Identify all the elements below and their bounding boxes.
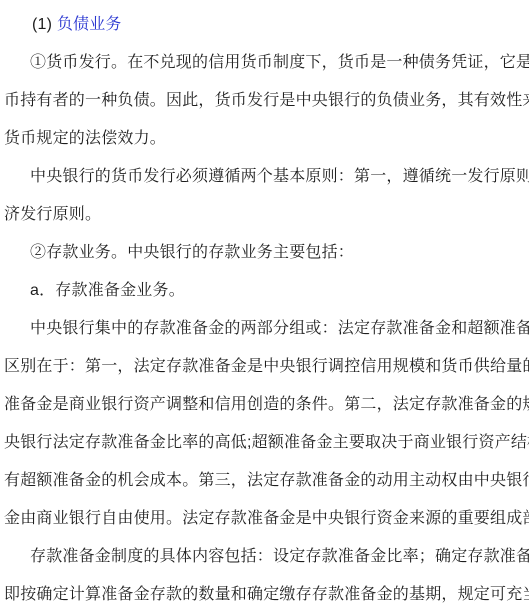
text-line: 即按确定计算准备金存款的数量和确定缴存存款准备金的基期，规定可充当法定存款准备金 <box>4 576 529 605</box>
text-line: 济发行原则。 <box>4 196 529 234</box>
section-heading: (1) 负债业务 <box>4 6 529 44</box>
text-line: 币持有者的一种负债。因此，货币发行是中央银行的负债业务，其有效性来自于国家对信用 <box>4 82 529 120</box>
text-line: 中央银行的货币发行必须遵循两个基本原则：第一，遵循统一发行原则；第二，遵循经 <box>4 158 529 196</box>
text-line: 金由商业银行自由使用。法定存款准备金是中央银行资金来源的重要组成部分。 <box>4 500 529 538</box>
text-line: 有超额准备金的机会成本。第三，法定存款准备金的动用主动权由中央银行掌握；超额准备 <box>4 462 529 500</box>
text-line: ①货币发行。在不兑现的信用货币制度下，货币是一种债务凭证，它是货币发行人对货 <box>4 44 529 82</box>
text-line: 央银行法定存款准备金比率的高低;超额准备金主要取决于商业银行资产结构的选择以及持 <box>4 424 529 462</box>
text-line: 准备金是商业银行资产调整和信用创造的条件。第二，法定存款准备金的规模主要取决于中 <box>4 386 529 424</box>
text-line: 货币规定的法偿效力。 <box>4 120 529 158</box>
text-line: 存款准备金制度的具体内容包括：设定存款准备金比率；确定存款准备金计提的基础， <box>4 538 529 576</box>
text-line: ②存款业务。中央银行的存款业务主要包括： <box>4 234 529 272</box>
text-line: 中央银行集中的存款准备金的两部分组或：法定存款准备金和超额准备金。二者之间的 <box>4 310 529 348</box>
heading-number: (1) <box>32 16 57 33</box>
document-body: (1) 负债业务 ①货币发行。在不兑现的信用货币制度下，货币是一种债务凭证，它是… <box>0 0 529 605</box>
text-line: a．存款准备金业务。 <box>4 272 529 310</box>
liability-business-link[interactable]: 负债业务 <box>57 16 122 33</box>
text-line: 区别在于：第一，法定存款准备金是中央银行调控信用规模和货币供给量的政策工具；超额 <box>4 348 529 386</box>
